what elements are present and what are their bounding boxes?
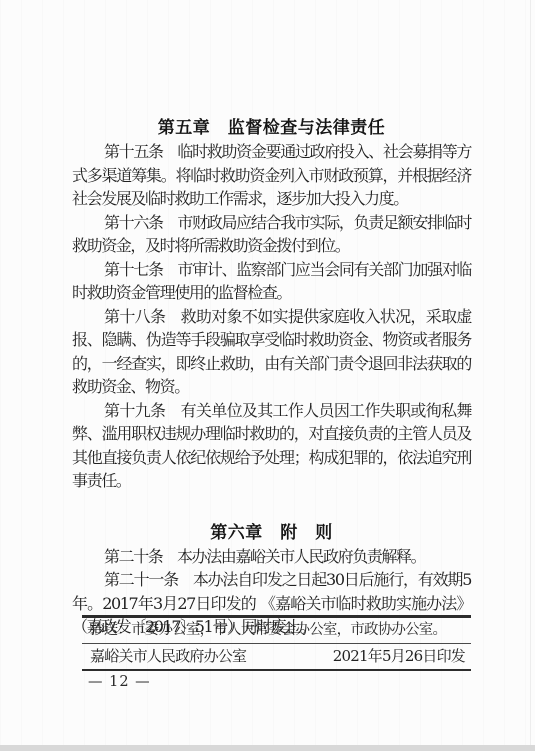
article-18: 第十八条 救助对象不如实提供家庭收入状况，采取虚报、隐瞒、伪造等手段骗取享受临时… <box>72 305 471 399</box>
article-16: 第十六条 市财政局应结合我市实际，负责足额安排临时救助资金，及时将所需救助资金拨… <box>72 211 471 258</box>
scan-bottom-strip <box>0 745 535 751</box>
scanned-document-page: 第五章 监督检查与法律责任 第十五条 临时救助资金要通过政府投入、社会募捐等方式… <box>0 0 535 751</box>
issue-row: 嘉峪关市人民政府办公室 2021年5月26日印发 <box>82 644 471 671</box>
article-15: 第十五条 临时救助资金要通过政府投入、社会募捐等方式多渠道筹集。将临时救助资金列… <box>72 140 471 211</box>
cc-line: 抄送：市委办公室，市人大常委会办公室，市政协办公室。 <box>82 618 471 644</box>
chapter6-heading: 第六章 附 则 <box>72 521 471 545</box>
document-footer: 抄送：市委办公室，市人大常委会办公室，市政协办公室。 嘉峪关市人民政府办公室 2… <box>82 615 471 671</box>
article-20: 第二十条 本办法由嘉峪关市人民政府负责解释。 <box>72 545 471 569</box>
article-19: 第十九条 有关单位及其工作人员因工作失职或徇私舞弊、滥用职权违规办理临时救助的，… <box>72 399 471 493</box>
chapter5-heading: 第五章 监督检查与法律责任 <box>72 116 471 140</box>
issuing-office: 嘉峪关市人民政府办公室 <box>90 644 246 669</box>
scan-right-edge <box>530 0 531 751</box>
page-number: — 12 — <box>88 674 151 690</box>
article-17: 第十七条 市审计、监察部门应当会同有关部门加强对临时救助资金管理使用的监督检查。 <box>72 258 471 305</box>
print-date: 2021年5月26日印发 <box>333 644 465 669</box>
document-body: 第五章 监督检查与法律责任 第十五条 临时救助资金要通过政府投入、社会募捐等方式… <box>72 116 471 639</box>
